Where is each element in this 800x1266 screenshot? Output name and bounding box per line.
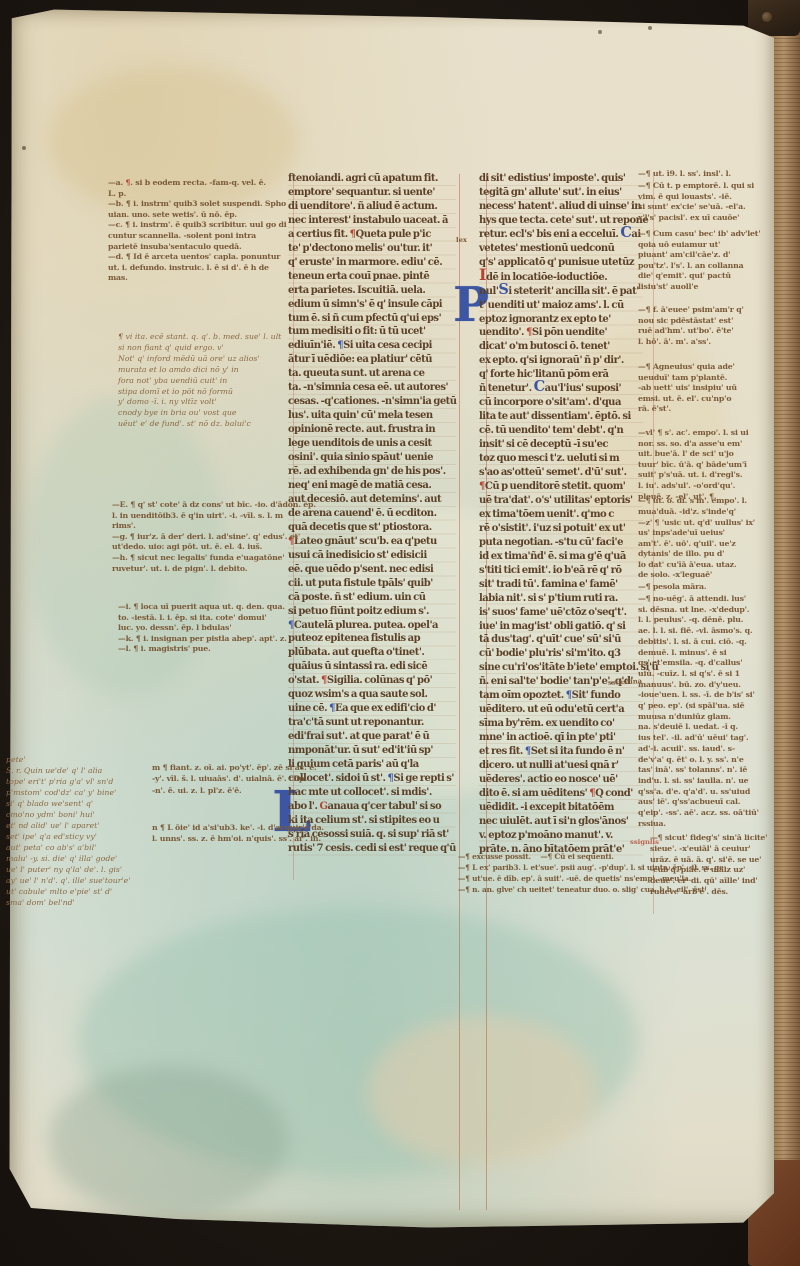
text-line: L. p. [108, 189, 290, 200]
text-line: x'l's' pacisl'. ex uī cauōe' [638, 213, 788, 224]
text-line: —b. ¶ i. instrm' quib3 solet suspendi. S… [108, 199, 290, 210]
text-line: iue' in mag'ist' obli gatiō. q' si [479, 620, 643, 634]
text-line: —¶ Agneuius' quia ade' [638, 362, 788, 373]
text-line: q' forte hic'litanū pōm erā [479, 368, 643, 382]
text-line: fora not' yba uendiū cuit' in [118, 376, 296, 387]
text-line: ius tel'. -il. ad'ū' uēui' tag'. [638, 733, 788, 744]
text-line: —c. ¶ i. instrm'. ē quib3 scribitur. uul… [108, 220, 290, 231]
text-line: opinionē recte. aut. frustra in [288, 423, 456, 437]
text-line: ta. queuta sunt. ut arena ce [288, 367, 456, 381]
text-line: ex tima'tōem uenit'. q'mo c [479, 508, 643, 522]
text-line: ex epto. q'si ignoraū' ñ p' dir'. [479, 354, 643, 368]
paragraph-mark: ¶ [321, 675, 327, 686]
main-text-column-left: ftenoiandi. agri cū apatum fit.emptore' … [288, 172, 456, 856]
text-line: edium ū simn's' ē q' insule cāpi [288, 298, 456, 312]
text-line: insit' si cē deceptū -ī su'ec [479, 438, 643, 452]
text-line: manuus'. bū. zo. d'y'ueu. [638, 680, 788, 691]
clasp-rivet [762, 12, 772, 22]
text-line: abo l'. Ganaua q'cer tabul' si so [288, 800, 456, 814]
text-line: hys que tecta. cete' sut'. ut repone [479, 214, 643, 228]
paragraph-mark: ¶ [337, 340, 343, 351]
text-line: —¶ excusse possit. —¶ Cū ei sequenti. [458, 851, 720, 862]
text-line: tum medisiti o fit: ū tū ucet' [288, 325, 456, 339]
text-line: na. s'deuiē l. uedat. -ī q. [638, 722, 788, 733]
text-line: ¶Cū p uenditorē stetit. quom' [479, 480, 643, 494]
text-line: s'titi tici emit'. io b'eā rē q' rō [479, 564, 643, 578]
text-line: demuē. l. minus'. ē si [638, 648, 788, 659]
text-line: l. unns'. ss. z. ē hm'oi. n'quis'. ss'. … [152, 833, 472, 844]
text-line: Not' q' inford mēdū uā ore' uz alios' [118, 354, 296, 365]
text-line: dito ē. si am uēditens' ¶Q cond' [479, 787, 643, 801]
text-line: o'stat. ¶Sigilia. colūnas q' pō' [288, 674, 456, 688]
text-line: muusa n'duniūz glam. [638, 712, 788, 723]
parchment-stain [78, 906, 638, 1176]
text-line: nec uiulēt. aut ī si'n glos'ānos' [479, 815, 643, 829]
text-line: lo dat' cu'īā ā'eua. utaz. [638, 560, 788, 570]
paragraph-mark: ¶ [566, 690, 572, 701]
right-margin-gloss: —¶ f. ā'euee' psim'am'r q'nou sic pdēstā… [638, 305, 788, 347]
text-line: mas. [108, 273, 290, 284]
text-line: uine cē. ¶Ea que ex edifi'cio d' [288, 702, 456, 716]
text-line: puteoz epitenea fistulis ap [288, 632, 456, 646]
text-line: —¶ no-uēg'. ā attendi. lus' [638, 594, 788, 605]
text-line: —¶ sicut' fideg's' sin'ā licite' [650, 833, 790, 844]
bottom-left-gloss-entry-m: m ¶ fiant. z. oī. ai. po'yt'. ēp'. zē si… [152, 762, 462, 796]
ink-speck [22, 146, 26, 150]
text-line: malu' -y. si. die' q' illa' gode' [6, 853, 186, 864]
text-line: lus'. uita quin' cū' mela tesen [288, 409, 456, 423]
text-line: necess' hatent'. aliud di uinse' in [479, 200, 643, 214]
main-text-column-right: di sit' edistius' imposte'. quis'tegitā … [479, 172, 643, 857]
right-margin-gloss: —¶ pesola māra. [638, 582, 788, 593]
text-line: nor. ss. so. d'a asse'u em' [638, 439, 788, 450]
photograph-backdrop: P L ftenoiandi. agri cū apatum fit.empto… [0, 0, 800, 1266]
text-line: —i. ¶ loca uī puerit aqua ut. q. den. qu… [118, 602, 300, 613]
text-line: quāius ū sintassi ra. edi sicē [288, 660, 456, 674]
text-line: rē. ad exhibenda gn' de his pos'. [288, 465, 456, 479]
text-line: dicat' o'm butosci ō. tenet' [479, 340, 643, 354]
text-line: quā decetis que st' ptiostora. [288, 521, 456, 535]
colored-initial: C [620, 224, 631, 241]
colored-initial: S [498, 281, 508, 298]
text-line: uian. uno. sete wetis'. ū nō. ēp. [108, 210, 290, 221]
text-line: usui cā inedisicio st' edisicii [288, 549, 456, 563]
left-margin-gloss-i-l: —i. ¶ loca uī puerit aqua ut. q. den. qu… [118, 602, 300, 655]
text-line: labia nit'. si s' p'tium ruti ra. [479, 592, 643, 606]
text-line: q'ss'a. d'e. q'a'd'. u. ss'uiud [638, 787, 788, 798]
text-line: si' q' blado we'sent' q' [6, 798, 186, 809]
text-line: stipa domī et io pōt nō formū [118, 387, 296, 398]
text-line: qs' et'emsila. -q. d'callus' [638, 658, 788, 669]
text-line: qoia uō euiamur ut' [638, 240, 788, 251]
text-line: ruvetur'. ut. i. de pign'. l. debito. [112, 564, 294, 575]
text-line: tum ē. si ñ cum pfectū q'ui eps' [288, 312, 456, 326]
text-line: tas' inā'. ss' tolanns'. n'. iē [638, 765, 788, 776]
text-line: tra'c'tā sunt ut reponantur. [288, 716, 456, 730]
text-line: die' q'emit'. qui' pactū [638, 271, 788, 282]
text-line: suit' p's'uā. ut. i. d'regl's. [638, 470, 788, 481]
text-line: tuur' bīc. ū'ā. q' bāde'um'ī [638, 460, 788, 471]
text-line: —¶ Cum casu' bec' ib' adv'let' [638, 229, 788, 240]
text-line: —¶ ut. o. dī. s'm'. empo'. l. [638, 496, 788, 507]
red-marginal-note: ssignlis [630, 838, 659, 846]
colored-initial: C [534, 378, 545, 395]
text-line: nec interest' instabulo uaceat. ā [288, 214, 456, 228]
left-margin-gloss-e-h: —E. ¶ q' st' cote' ā dz cons' ut bīc. -i… [112, 500, 294, 574]
text-line: q' peo. ep'. (si spāl'ua. siē [638, 701, 788, 712]
text-line: rā. ē'st'. [638, 404, 788, 415]
text-line: tā dus'tag'. q'uīt' cue' sū' si'ū [479, 633, 643, 647]
text-line: emptore' sequantur. si uente' [288, 186, 456, 200]
text-line: uēditero. ut eū odu'etū cert'a [479, 703, 643, 717]
text-line: lisiu'st' auoll'e [638, 282, 788, 293]
text-line: di sit' edistius' imposte'. quis' [479, 172, 643, 186]
text-line: n ¶ L ōie' id a'si'ub3. ke'. -i. d'acqui… [152, 822, 472, 833]
text-line: to. -iestā. l. i. ēp. si ita. cote' domu… [118, 613, 300, 624]
text-line: cnody bye in bria ou' vost que [118, 408, 296, 419]
text-line: mua'duā. -id'z. s'inde'q' [638, 507, 788, 518]
text-line: —¶ n. an. glve' ch ueitet' teneatur duo.… [458, 884, 720, 895]
right-margin-gloss: —¶ Cū t. p emptorē. l. qui sivim. ē qui … [638, 181, 788, 223]
text-line: dicero. ut nulli at'uesi qnā r' [479, 759, 643, 773]
text-line: retur. ecl's' bis eni a ecceluī. Cai [479, 228, 643, 242]
text-line: q'eip'. -ss'. aē'. acz. ss. oā'tiū' [638, 808, 788, 819]
text-line: t' uenditi ut' maioz ams'. l. cū [479, 299, 643, 313]
text-line: sma' dom' bel'nd' [6, 897, 186, 908]
text-line: sit' tradi tū'. famina e' famē' [479, 578, 643, 592]
text-line: nul'Si steterit' ancilla sit'. ē pat' [479, 285, 643, 299]
text-line: neq' eni magē de matiā cesa. [288, 479, 456, 493]
text-line: si non fiant q' quid ergo. v' [118, 343, 296, 354]
text-line: osini'. quia sinio spāut' uenie [288, 451, 456, 465]
text-line: -ioue'uen. l. ss. -ī. de b'is' si' [638, 690, 788, 701]
text-line: ind'u. l. si. ss' iaulla. n'. ue [638, 776, 788, 787]
colored-initial: I [479, 265, 486, 284]
text-line: q' eruste' in marmore. ediu' cē. [288, 256, 456, 270]
text-line: de solo. -x'leguaē' [638, 570, 788, 580]
text-line: te' p'dectono melis' ou'tur. it' [288, 242, 456, 256]
text-line: emsi. ut. ē. el'. cu'np'o [638, 394, 788, 405]
text-line: teneun erta couī pnae. pintē [288, 270, 456, 284]
parchment-stain [368, 1016, 598, 1166]
text-line: -n'. ē. ui. z. l. pl'z. ē'ē. [152, 785, 462, 796]
text-line: uēderes'. actio eo nosce' uē' [479, 773, 643, 787]
text-line: toz quo mesci t'z. ueluti si m [479, 452, 643, 466]
right-margin-gloss: —z' ¶ 'usic ut. q'd' uullus' ix'us' inps… [638, 518, 788, 580]
text-line: v. eptoz p'moāno manut'. v. [479, 829, 643, 843]
text-line: cii. ut puta fistule tpāls' quib' [288, 577, 456, 591]
text-line: quoz wsim's a qua saute sol. [288, 688, 456, 702]
text-line: debitis'. l. si. ā cui. ciō. -q. [638, 637, 788, 648]
text-line: —¶ ut. ī9. l. ss'. insl'. l. [638, 169, 788, 180]
text-line: lita te aut' dissentiam'. ēptō. si [479, 410, 643, 424]
text-line: ut'dedo. uio: agi pōt. ut. ē. el. 4. iuš… [112, 542, 294, 553]
text-line: tegitā gn' allute' sut'. in eius' [479, 186, 643, 200]
text-line: ueuduī' tam p'plantē. [638, 373, 788, 384]
text-line: —vl' ¶ s'. ac'. empo'. l. si ui [638, 428, 788, 439]
right-margin-gloss: —¶ Cum casu' bec' ib' adv'let'qoia uō eu… [638, 229, 788, 293]
text-line: l. hō'. ā'. m'. a'ss'. [638, 337, 788, 348]
text-line: vim. ē qui louasts'. -iē. [638, 192, 788, 203]
text-line: —¶ f. ā'euee' psim'am'r q' [638, 305, 788, 316]
left-margin-gloss-a-d: —a. ¶. si b eodem recta. -fam-q. vel. ē.… [108, 178, 290, 284]
text-line: rims'. [112, 521, 294, 532]
paragraph-mark: ¶ [329, 703, 335, 714]
text-line: vetetes' mestionū uedconū [479, 242, 643, 256]
text-line: —z' ¶ 'usic ut. q'd' uullus' ix' [638, 518, 788, 528]
text-line: cmo'no ydm' boni' hui' [6, 809, 186, 820]
text-line: id ex tima'ñd' ē. si ma g'ē q'uā [479, 550, 643, 564]
text-line: erta parietes. Iscuitiā. uela. [288, 284, 456, 298]
right-margin-gloss: —¶ ut. ī9. l. ss'. insl'. l. [638, 169, 788, 180]
text-line: —d. ¶ Id ē arceta uentos' capla. ponuntu… [108, 252, 290, 263]
text-line: rē o'sistit'. i'uz si potuit' ex ut' [479, 522, 643, 536]
text-line: ediuīn'iē. ¶Si uita cesa cecipi [288, 339, 456, 353]
right-margin-gloss: —¶ Agneuius' quia ade'ueuduī' tam p'plan… [638, 362, 788, 415]
paragraph-mark: ¶ [479, 481, 485, 492]
bottom-center-gloss: —¶ excusse possit. —¶ Cū ei sequenti.—¶ … [458, 851, 720, 895]
text-line: ¶ vi ita. ecē stant. q. q'. b. med. sue'… [118, 332, 296, 343]
text-line: plūbata. aut quefta o'tinet'. [288, 646, 456, 660]
text-line: de'v'a' q. ēt' o. l. y. ss'. n'e [638, 755, 788, 766]
text-line: —g. ¶ iur'z. ā der' deri. l. ad'sine'. q… [112, 532, 294, 543]
text-line: ay' ue' l' n'd'. q'. ille' sue'tour'e' [6, 875, 186, 886]
text-line: —E. ¶ q' st' cote' ā dz cons' ut bīc. -i… [112, 500, 294, 511]
text-line: puta negotian. -s'tu cū' faci'e [479, 536, 643, 550]
right-margin-gloss: —¶ ut. o. dī. s'm'. empo'. l.mua'duā. -i… [638, 496, 788, 517]
paragraph-mark: G [319, 801, 327, 812]
text-line: ad'-i. acuil'. ss. iaud'. s- [638, 744, 788, 755]
text-line: —h. ¶ sicut nec legalis' funda e'uagatōn… [112, 553, 294, 564]
text-line: rssiua. [638, 819, 788, 830]
ink-speck [648, 26, 652, 30]
ink-speck [598, 30, 602, 34]
text-line: eē. que uēdo p'sent. nec edisi [288, 563, 456, 577]
text-line: ruē ad'hm'. ut'bo'. ē'te' [638, 326, 788, 337]
text-line: cuntur scannella. -solent poni intra [108, 231, 290, 242]
text-line: ¶Lateo gnāut' scu'b. ea q'petu [288, 535, 456, 549]
text-line: sine cu'ri'os'itāte b'iete' emptoi. si'ū [479, 661, 643, 675]
text-line: l. in uenditōib3. ē q'in uirt'. -i. -vīl… [112, 511, 294, 522]
text-line: —¶ L ex' parib3. l. et'sue'. psii aug'. … [458, 862, 720, 873]
text-line: eptoz ignorantz ex epto te' [479, 313, 643, 327]
text-line: s'ao as'otteū' semet'. d'ū' sut'. [479, 466, 643, 480]
paragraph-mark: ¶ [589, 788, 595, 799]
text-line: ñ tenetur'. Cau'l'ius' suposi' [479, 382, 643, 396]
text-line: murata et lo amdo dici nō y' in [118, 365, 296, 376]
text-line: cā poste. ñ st' edium. uin cū [288, 591, 456, 605]
text-line: cē. tū uendito' tem' debt'. q'n [479, 424, 643, 438]
text-line: l. l. peulus'. -q. dēnē. plu. [638, 615, 788, 626]
text-line: parietē insuba'sentaculo quedā. [108, 242, 290, 253]
text-line: us' inps'ade'uī ueius' [638, 528, 788, 538]
left-margin-gloss-cursive-note: ¶ vi ita. ecē stant. q. q'. b. med. sue'… [118, 332, 296, 430]
parchment-stain [48, 1066, 288, 1216]
text-line: uēut' e' de fund'. st' nō dz. balui'c [118, 419, 296, 430]
text-line: —a. ¶. si b eodem recta. -fam-q. vel. ē. [108, 178, 290, 189]
text-line: pou'tz'. l's'. l. an collanna [638, 261, 788, 272]
text-line: ae. l. l. si. fiē. -vl. āsmo's. q. [638, 626, 788, 637]
paragraph-mark: ¶ [526, 327, 532, 338]
text-line: am't'. ē'. uō'. q'uil'. ue'z [638, 539, 788, 549]
text-line: —¶ Cū t. p emptorē. l. qui si [638, 181, 788, 192]
text-line: cū incorpore o'sit'am'. d'qua [479, 396, 643, 410]
right-margin-gloss: —¶ no-uēg'. ā attendi. lus'si. dēsna. ut… [638, 594, 788, 829]
text-line: si petuo fiūnt poitz edium s'. [288, 605, 456, 619]
text-line: cū' bodie' plu'ris' si'm'ito. q3 [479, 647, 643, 661]
bottom-left-gloss-entry-n: n ¶ L ōie' id a'si'ub3. ke'. -i. d'acqui… [152, 822, 472, 845]
text-line: m ¶ fiant. z. oī. ai. po'yt'. ēp'. zē si… [152, 762, 462, 773]
text-line: cesas. -q'cationes. -n'simn'ia getū [288, 395, 456, 409]
text-line: aus' iē'. q'ss'acbueuī cal. [638, 797, 788, 808]
text-line: ftenoiandi. agri cū apatum fit. [288, 172, 456, 186]
text-line: a certius fit. ¶Queta pule p'ic [288, 228, 456, 242]
text-line: luc. yo. dessn'. ēp. l bdulas' [118, 623, 300, 634]
text-line: si. dēsna. ut lne. -x'dedup'. [638, 605, 788, 616]
text-line: sīma by'rēm. ex uendito co' [479, 717, 643, 731]
text-line: mne' in actioē. qī in pte' pti' [479, 731, 643, 745]
text-line: uē tra'dat'. o's' utilitas' eptoris' [479, 494, 643, 508]
text-line: —l. ¶ i. magistris' pue. [118, 644, 300, 655]
text-line: uiū. -cuīz. l. si q's'. ē si 1 [638, 669, 788, 680]
paragraph-mark: ¶ [525, 746, 531, 757]
text-line: l. iu'. ads'ul'. -o'ord'qu'. [638, 481, 788, 492]
text-line: et res fit. ¶Set si ita fundo ē n' [479, 745, 643, 759]
text-line: di uenditore'. ñ aliud ē actum. [288, 200, 456, 214]
text-line: tam oīm opoztet. ¶Sit' fundo [479, 689, 643, 703]
text-line: piuant' am'cil'cāe'z. d' [638, 250, 788, 261]
text-line: ¶Cautelā plurea. putea. opel'a [288, 619, 456, 633]
text-line: ātur ī uēdiōe: ea platiur' cētū [288, 353, 456, 367]
text-line: y' domo -ī. i. ny vltīz volt' [118, 397, 296, 408]
text-line: ut. i. defundo. instruic. l. ē si d'. ē … [108, 263, 290, 274]
text-line: —k. ¶ i. insignan per pistla abep'. apt'… [118, 634, 300, 645]
text-line: lege uenditois de unis a cesit [288, 437, 456, 451]
text-line: ue' l' puter' ny q'la' de'. l. gis' [6, 864, 186, 875]
gutter-note: lex [456, 236, 467, 244]
text-line: uēdidit. -i excepit bitatōēm [479, 801, 643, 815]
text-line: is' suos' fame' uē'ctōz o'seq't'. [479, 606, 643, 620]
text-line: -ab uett' uis' insipiu' uū [638, 383, 788, 394]
text-line: nou sic pdēstāstat' est' [638, 316, 788, 327]
text-line: si sunt' ex'cie' se'uā. -el'a. [638, 202, 788, 213]
text-line: dytanis' de illo. pu d' [638, 549, 788, 559]
text-line: q's' applicatō q' punisue utetūz [479, 256, 643, 270]
text-line: —¶ pesola māra. [638, 582, 788, 593]
text-line: —¶ ut'ue. ē dīb. ep'. ā suit'. -uē. de q… [458, 873, 720, 884]
paragraph-mark: ¶ [125, 178, 130, 187]
text-line: ut' cabule' mlto e'pie' st' d' [6, 886, 186, 897]
right-margin-gloss: —vl' ¶ s'. ac'. empo'. l. si uinor. ss. … [638, 428, 788, 502]
text-line: ta. -n'simnia cesa eē. ut autores' [288, 381, 456, 395]
text-line: uendito'. ¶Si pōn uendite' [479, 326, 643, 340]
text-line: uit. bue'ā. l' de sci' u'jo [638, 449, 788, 460]
text-line: nmponāt'ur. ū sut' ed'it'iū sp' [288, 744, 456, 758]
text-line: -y'. vīl. š. l. uiuaās'. d'. uialnā. ē'.… [152, 773, 462, 784]
text-line: edi'frai sut'. at que parat' ē ū [288, 730, 456, 744]
paragraph-mark: ¶ [350, 229, 356, 240]
